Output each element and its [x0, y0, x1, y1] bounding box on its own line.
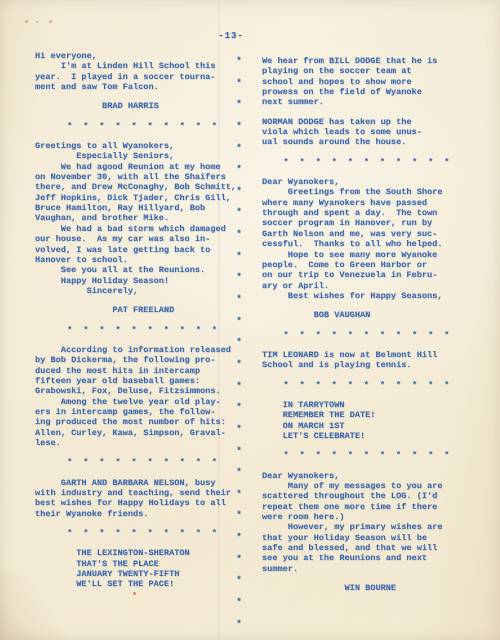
- text-line: soccer program in Hanover, run by: [262, 218, 474, 228]
- text-line: best wishes for Happy Holidays to all: [35, 498, 247, 508]
- text-line: PAT FREELAND: [35, 305, 247, 315]
- text-line: duced the most hits in intercamp: [35, 366, 247, 376]
- text-line: We hear from BILL DODGE that he is: [262, 56, 474, 66]
- text-line: Best wishes for Happy Seasons,: [262, 291, 474, 301]
- text-line: next summer.: [262, 97, 474, 107]
- text-block-divider: * * * * * * * * * * *: [262, 330, 474, 340]
- text-line: I'm at Linden Hill School this: [35, 61, 247, 71]
- text-line: Hope to see many more Wyanoke: [262, 250, 474, 260]
- text-line: where many Wyanokers have passed: [262, 198, 474, 208]
- text-line: We had agood Reunion at my home: [35, 162, 247, 172]
- text-line: on our trip to Venezuela in Febru-: [262, 270, 474, 280]
- text-block-signature: PAT FREELAND: [35, 305, 247, 315]
- text-line: Hi everyone,: [35, 51, 247, 61]
- text-line: ing produced the most number of hits:: [35, 417, 247, 427]
- text-block-divider: * * * * * * * * * * *: [262, 157, 474, 167]
- text-line: summer.: [262, 564, 474, 574]
- text-block-paragraph: We hear from BILL DODGE that he isplayin…: [262, 56, 474, 108]
- text-block-paragraph: NORMAN DODGE has taken up theviola which…: [262, 117, 474, 148]
- left-column: Hi everyone, I'm at Linden Hill School t…: [35, 51, 247, 599]
- text-line: cessful. Thanks to all who helped.: [262, 239, 474, 249]
- text-line: THE LEXINGTON-SHERATON: [35, 548, 247, 558]
- text-block-paragraph: According to information releasedby Bob …: [35, 345, 247, 448]
- text-line: GARTH AND BARBARA NELSON, busy: [35, 478, 247, 488]
- text-line: Many of my messages to you are: [262, 481, 474, 491]
- text-block-paragraph: Dear Wyanokers, Greetings from the South…: [262, 177, 474, 301]
- text-line: playing on the soccer team at: [262, 66, 474, 76]
- paper-speck: [49, 20, 52, 23]
- text-line: WE'LL SET THE PACE!: [35, 579, 247, 589]
- text-line: BOB VAUGHAN: [262, 310, 474, 320]
- text-line: Happy Holiday Season!: [35, 276, 247, 286]
- text-line: prowess on the field of Wyanoke: [262, 87, 474, 97]
- text-block-divider: * * * * * * * * * *: [35, 121, 247, 131]
- text-line: Allen, Curley, Kawa, Simpson, Graval-: [35, 428, 247, 438]
- text-line: Greetings from the South Shore: [262, 187, 474, 197]
- text-line: Dear Wyanokers,: [262, 177, 474, 187]
- paper-speck: [25, 20, 28, 23]
- text-block-signature: BRAD HARRIS: [35, 101, 247, 111]
- text-block-paragraph: Dear Wyanokers, Many of my messages to y…: [262, 471, 474, 574]
- text-line: WIN BOURNE: [262, 583, 474, 593]
- text-line: volved, I was late getting back to: [35, 245, 247, 255]
- text-line: * * * * * * * * * * *: [262, 450, 474, 460]
- text-line: * * * * * * * * * *: [35, 457, 247, 467]
- text-line: JANUARY TWENTY-FIFTH: [35, 569, 247, 579]
- text-line: on November 30, with all the Shaifers: [35, 172, 247, 182]
- text-block-paragraph: Greetings to all Wyanokers, Especially S…: [35, 141, 247, 296]
- text-line: We had a bad storm which damaged: [35, 224, 247, 234]
- text-line: year. I played in a soccer tourna-: [35, 72, 247, 82]
- text-block-divider: * * * * * * * * * *: [35, 325, 247, 335]
- text-line: According to information released: [35, 345, 247, 355]
- text-line: However, my primary wishes are: [262, 522, 474, 532]
- page-number: -13-: [0, 31, 462, 41]
- text-line: BRAD HARRIS: [35, 101, 247, 111]
- text-line: safe and blessed, and that we will: [262, 543, 474, 553]
- text-line: see you at the Reunions and next: [262, 553, 474, 563]
- text-line: people. Come to Green Harbor or: [262, 260, 474, 270]
- text-line: lese.: [35, 438, 247, 448]
- text-line: TIM LEONARD is now at Belmont Hill: [262, 350, 474, 360]
- text-line: there, and Drew McConaghy, Bob Schmitt,: [35, 182, 247, 192]
- text-line: Sincerely,: [35, 286, 247, 296]
- text-block-divider: * * * * * * * * * * *: [262, 450, 474, 460]
- text-line: ers in intercamp games, the follow-: [35, 407, 247, 417]
- text-line: * * * * * * * * * * *: [262, 380, 474, 390]
- divider-asterisk: *: [236, 598, 241, 607]
- text-line: Especially Seniors,: [35, 151, 247, 161]
- divider-asterisk: *: [236, 620, 241, 629]
- text-line: REMEMBER THE DATE!: [262, 410, 474, 420]
- text-line: their Wyanoke friends.: [35, 509, 247, 519]
- text-block-divider: * * * * * * * * * *: [35, 457, 247, 467]
- text-block-paragraph: GARTH AND BARBARA NELSON, busywith indus…: [35, 478, 247, 519]
- text-block-announcement: THE LEXINGTON-SHERATON THAT'S THE PLACE …: [35, 548, 247, 589]
- text-line: Dear Wyanokers,: [262, 471, 474, 481]
- text-line: Greetings to all Wyanokers,: [35, 141, 247, 151]
- text-line: * * * * * * * * * *: [35, 121, 247, 131]
- text-line: Grabowski, Fox, Deluse, Fitzsimmons.: [35, 386, 247, 396]
- text-line: * * * * * * * * * * *: [262, 330, 474, 340]
- text-line: THAT'S THE PLACE: [35, 559, 247, 569]
- text-block-paragraph: Hi everyone, I'm at Linden Hill School t…: [35, 51, 247, 92]
- text-line: See you all at the Reunions.: [35, 265, 247, 275]
- text-block-paragraph: TIM LEONARD is now at Belmont HillSchool…: [262, 350, 474, 371]
- text-line: school and hopes to show more: [262, 77, 474, 87]
- text-line: were room here.): [262, 512, 474, 522]
- text-block-signature: BOB VAUGHAN: [262, 310, 474, 320]
- newsletter-page: -13- *************************** Hi ever…: [0, 0, 500, 640]
- text-line: Garth Nelson and me, was very suc-: [262, 229, 474, 239]
- text-line: School and is playing tennis.: [262, 360, 474, 370]
- text-line: fifteen year old baseball games:: [35, 376, 247, 386]
- text-line: NORMAN DODGE has taken up the: [262, 117, 474, 127]
- text-line: that your Holiday Season will be: [262, 533, 474, 543]
- text-block-divider: * * * * * * * * * *: [35, 528, 247, 538]
- text-line: ON MARCH 1ST: [262, 421, 474, 431]
- right-column: We hear from BILL DODGE that he isplayin…: [262, 56, 474, 602]
- text-line: * * * * * * * * * * *: [262, 157, 474, 167]
- text-line: LET'S CELEBRATE!: [262, 431, 474, 441]
- text-line: * * * * * * * * * *: [35, 528, 247, 538]
- text-line: IN TARRYTOWN: [262, 400, 474, 410]
- text-line: Vaughan, and brother Mike.: [35, 213, 247, 223]
- text-line: * * * * * * * * * *: [35, 325, 247, 335]
- text-line: Among the twelve year old play-: [35, 397, 247, 407]
- text-line: repeat them one more time if there: [262, 502, 474, 512]
- text-line: Hanover to school.: [35, 255, 247, 265]
- text-line: Bruce Hamilton, Ray Hillyard, Bob: [35, 203, 247, 213]
- text-line: by Bob Dickerma, the following pro-: [35, 355, 247, 365]
- text-line: ual sounds around the house.: [262, 137, 474, 147]
- paper-speck: [36, 21, 38, 23]
- text-line: ary or April.: [262, 281, 474, 291]
- text-line: our house. As my car was also in-: [35, 234, 247, 244]
- text-line: through and spent a day. The town: [262, 208, 474, 218]
- text-block-announcement: IN TARRYTOWN REMEMBER THE DATE! ON MARCH…: [262, 400, 474, 441]
- text-line: viola which leads to some unus-: [262, 127, 474, 137]
- text-line: Jeff Hopkins, Dick Tjader, Chris Gill,: [35, 193, 247, 203]
- text-line: scattered throughout the LOG. (I'd: [262, 491, 474, 501]
- text-block-divider: * * * * * * * * * * *: [262, 380, 474, 390]
- text-line: ment and saw Tom Falcon.: [35, 82, 247, 92]
- text-line: with industry and teaching, send their: [35, 488, 247, 498]
- text-block-signature: WIN BOURNE: [262, 583, 474, 593]
